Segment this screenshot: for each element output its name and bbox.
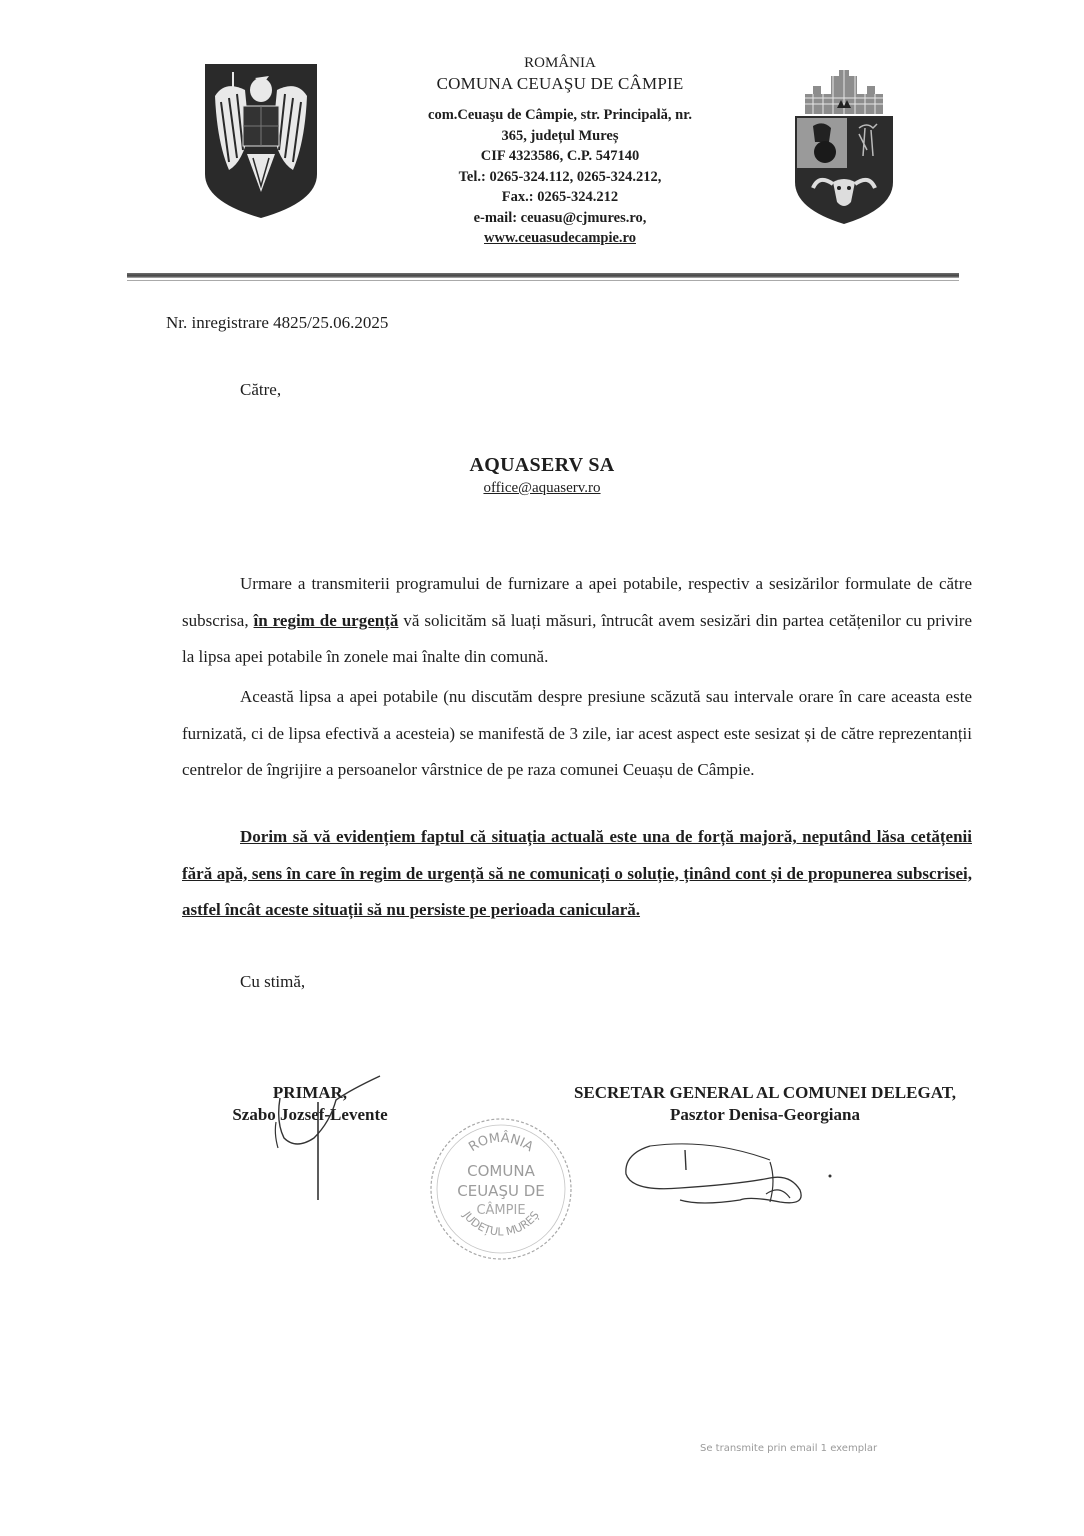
recipient-email-link[interactable]: office@aquaserv.ro	[0, 480, 1084, 497]
svg-text:ROMÂNIA: ROMÂNIA	[466, 1130, 536, 1155]
paragraph-2-text: Această lipsa a apei potabile (nu discut…	[182, 687, 972, 779]
paragraph-2: Această lipsa a apei potabile (nu discut…	[182, 679, 972, 789]
official-stamp: ROMÂNIA COMUNA CEUAŞU DE CÂMPIE JUDEȚUL …	[426, 1114, 576, 1264]
address-line: Tel.: 0265-324.112, 0265-324.212,	[380, 167, 740, 188]
recipient-name: AQUASERV SA	[0, 454, 1084, 477]
salutation: Către,	[240, 380, 281, 400]
header-separator	[127, 273, 959, 278]
recipient-block: AQUASERV SA office@aquaserv.ro	[0, 454, 1084, 497]
address-line: CIF 4323586, C.P. 547140	[380, 146, 740, 167]
secretary-handwritten-signature	[620, 1140, 840, 1210]
letterhead-address: com.Ceuaşu de Câmpie, str. Principală, n…	[380, 105, 740, 249]
secretary-title: SECRETAR GENERAL AL COMUNEI DELEGAT,	[520, 1082, 1010, 1104]
registration-number: Nr. inregistrare 4825/25.06.2025	[166, 313, 388, 333]
commune-coat-of-arms-icon	[793, 64, 895, 226]
address-line: 365, județul Mureș	[380, 126, 740, 147]
closing: Cu stimă,	[240, 972, 305, 992]
stamp-top-text: ROMÂNIA	[466, 1130, 536, 1155]
address-line: com.Ceuaşu de Câmpie, str. Principală, n…	[380, 105, 740, 126]
transmission-note: Se transmite prin email 1 exemplar	[700, 1443, 877, 1454]
secretary-name: Pasztor Denisa-Georgiana	[520, 1104, 1010, 1126]
secretary-signature-block: SECRETAR GENERAL AL COMUNEI DELEGAT, Pas…	[520, 1082, 1010, 1126]
stamp-line-2: CEUAŞU DE	[457, 1182, 545, 1200]
website-link[interactable]: www.ceuasudecampie.ro	[380, 228, 740, 249]
paragraph-3-text: Dorim să vă evidențiem faptul că situați…	[182, 827, 972, 919]
header-separator-thin	[127, 280, 959, 281]
paragraph-1: Urmare a transmiterii programului de fur…	[182, 566, 972, 676]
paragraph-3: Dorim să vă evidențiem faptul că situați…	[182, 819, 972, 929]
letterhead-country: ROMÂNIA	[380, 56, 740, 71]
stamp-line-3: CÂMPIE	[476, 1202, 525, 1218]
mayor-handwritten-signature	[270, 1072, 390, 1212]
letterhead: ROMÂNIA COMUNA CEUAŞU DE CÂMPIE com.Ceua…	[380, 52, 740, 249]
stamp-line-1: COMUNA	[467, 1162, 535, 1180]
address-line: Fax.: 0265-324.212	[380, 187, 740, 208]
romania-coat-of-arms-icon	[203, 62, 319, 220]
letterhead-commune: COMUNA CEUAŞU DE CÂMPIE	[380, 75, 740, 92]
urgency-emphasis: în regim de urgență	[254, 611, 399, 630]
address-line: e-mail: ceuasu@cjmures.ro,	[380, 208, 740, 229]
